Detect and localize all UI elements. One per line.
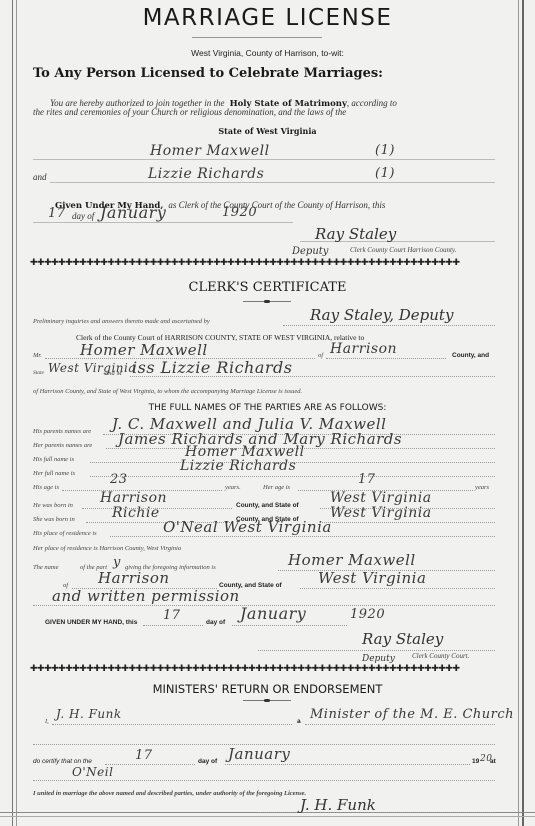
certify-day-dotline: [105, 764, 195, 765]
authorization-line-2: the rites and ceremonies of your Church …: [33, 107, 346, 117]
his-residence-value: O'Neal West Virginia: [163, 518, 332, 536]
her-parents-label: Her parents names are: [33, 442, 92, 449]
border-left-inner: [16, 0, 17, 826]
county-and-label: County, and: [452, 352, 489, 359]
his-residence-label: His place of residence is: [33, 530, 97, 537]
minister-signature-dotline: [258, 812, 495, 813]
salutation: To Any Person Licensed to Celebrate Marr…: [33, 66, 383, 81]
his-age-value: 23: [110, 472, 128, 487]
title-rule: [192, 37, 322, 38]
her-residence-label: Her place of residence is Harrison Count…: [33, 545, 181, 552]
of-label: of: [318, 352, 323, 359]
ministers-ornament-dot: [264, 699, 270, 702]
clerk-title: Clerk County Court Harrison County.: [350, 246, 456, 254]
she-born-state: West Virginia: [330, 505, 432, 521]
he-born-label: He was born in: [33, 502, 73, 509]
day-of-label: day of: [72, 211, 94, 221]
place-value: O'Neil: [72, 765, 113, 779]
i-label: I,: [45, 718, 49, 725]
a-label: a: [297, 718, 301, 725]
parties-heading: THE FULL NAMES OF THE PARTIES ARE AS FOL…: [0, 403, 535, 413]
given-month: January: [240, 604, 306, 623]
she-born-label: She was born in: [33, 516, 75, 523]
years-label-2: years: [475, 484, 489, 491]
license-title: MARRIAGE LICENSE: [0, 5, 535, 31]
minister-name: J. H. Funk: [56, 707, 122, 721]
informant-label-a: The name: [33, 564, 58, 571]
certify-year-prefix: 19: [472, 758, 479, 765]
decorative-cross-border-2: ✚✚✚✚✚✚✚✚✚✚✚✚✚✚✚✚✚✚✚✚✚✚✚✚✚✚✚✚✚✚✚✚✚✚✚✚✚✚✚✚…: [30, 664, 500, 674]
minister-title-dotline: [305, 724, 495, 725]
years-label: years.: [225, 484, 241, 491]
clerk-signature: Ray Staley: [315, 225, 396, 243]
place-dotline: [33, 780, 495, 781]
groom-mark: (1): [375, 143, 395, 158]
state-line: State of West Virginia: [0, 126, 535, 136]
given-month-dotline: [232, 625, 347, 626]
given-day-of: day of: [206, 619, 225, 626]
bride-line: [50, 182, 495, 183]
minister-signature: J. H. Funk: [300, 796, 376, 814]
of-value: Harrison: [330, 341, 397, 357]
she-state-dotline: [320, 522, 495, 523]
permission-value: and written permission: [52, 587, 240, 605]
he-born-state: West Virginia: [330, 490, 432, 506]
preliminary-dotline: [283, 325, 495, 326]
informant-county: Harrison: [98, 569, 170, 587]
clerk-cert-signature-dotline: [258, 650, 495, 651]
his-parents-label: His parents names are: [33, 428, 91, 435]
border-left-outer: [12, 0, 13, 826]
informant-state-dotline: [300, 588, 495, 589]
license-year: 1920: [222, 205, 257, 220]
given-year: 1920: [350, 607, 385, 622]
jurisdiction-line: West Virginia, County of Harrison, to-wi…: [0, 48, 535, 58]
of-dotline: [326, 358, 446, 359]
deputy-signature: Deputy: [292, 246, 328, 257]
he-county-state-label: County, and State of: [236, 502, 299, 509]
clerk-cert-deputy: Deputy: [362, 654, 395, 664]
mr-label: Mr.: [33, 352, 42, 359]
ministers-return-heading: MINISTERS' RETURN OR ENDORSEMENT: [0, 682, 535, 696]
and-label: and: [33, 172, 47, 182]
given-day: 17: [163, 608, 181, 623]
his-age-label: His age is: [33, 484, 59, 491]
united-line: I united in marriage the above named and…: [33, 790, 306, 797]
informant-value: Homer Maxwell: [288, 551, 416, 569]
clerks-certificate-heading: CLERK'S CERTIFICATE: [0, 280, 535, 295]
his-full-name-label: His full name is: [33, 456, 74, 463]
preliminary-label: Preliminary inquiries and answers theret…: [33, 318, 210, 325]
bride-mark: (1): [375, 166, 395, 181]
certify-month-dotline: [225, 764, 470, 765]
heading-ornament-dot: [264, 300, 270, 303]
clerk-cert-title: Clerk County Court.: [412, 652, 469, 660]
state-label: State: [33, 370, 44, 376]
he-born-value: Harrison: [100, 490, 167, 506]
marriage-license-document: MARRIAGE LICENSE West Virginia, County o…: [0, 0, 535, 826]
license-month: January: [100, 203, 166, 222]
informant-party: y: [113, 555, 121, 570]
groom-name: Homer Maxwell: [150, 143, 270, 159]
his-residence-dotline: [110, 536, 495, 537]
her-age-value: 17: [358, 472, 376, 487]
informant-state: West Virginia: [318, 569, 426, 587]
certify-month: January: [228, 745, 290, 763]
given-label: GIVEN UNDER MY HAND, this: [45, 619, 137, 626]
minister-title: Minister of the M. E. Church: [310, 707, 514, 722]
border-right-inner: [518, 0, 519, 826]
date-line: [33, 222, 293, 223]
border-bottom-inner: [0, 816, 535, 817]
certify-day-of: day of: [198, 758, 217, 765]
certify-day: 17: [135, 748, 153, 763]
certify-label: do certify that on the: [33, 758, 92, 765]
given-day-dotline: [143, 625, 203, 626]
and-m-label: and M: [105, 370, 122, 377]
mr-value: Homer Maxwell: [80, 341, 208, 359]
bride-name: Lizzie Richards: [148, 166, 264, 182]
groom-line: [33, 159, 495, 160]
her-full-name-value: Lizzie Richards: [180, 458, 296, 474]
border-right-outer: [522, 0, 524, 826]
her-age-label: Her age is: [263, 484, 290, 491]
clerk-cert-signature: Ray Staley: [362, 630, 443, 648]
minister-name-dotline: [52, 724, 292, 725]
and-m-value: iss Lizzie Richards: [132, 358, 292, 377]
license-day: 17: [48, 206, 66, 221]
at-label: at: [490, 758, 496, 765]
preliminary-value: Ray Staley, Deputy: [310, 306, 453, 324]
decorative-cross-border: ✚✚✚✚✚✚✚✚✚✚✚✚✚✚✚✚✚✚✚✚✚✚✚✚✚✚✚✚✚✚✚✚✚✚✚✚✚✚✚✚…: [30, 258, 500, 268]
she-born-value: Richie: [112, 505, 160, 521]
her-full-name-dotline: [90, 476, 495, 477]
her-full-name-label: Her full name is: [33, 470, 75, 477]
state-value: West Virginia: [48, 361, 136, 375]
harrison-line: of Harrison County, and State of West Vi…: [33, 388, 302, 395]
